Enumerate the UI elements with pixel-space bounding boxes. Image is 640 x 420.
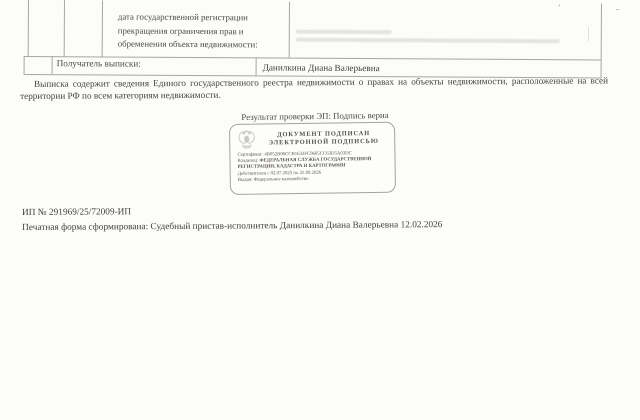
coat-of-arms-icon bbox=[237, 129, 256, 150]
table-border bbox=[24, 56, 25, 74]
table-border bbox=[64, 0, 65, 56]
signature-check-result: Результат проверки ЭП: Подпись верна bbox=[205, 109, 425, 122]
stamp-header: ДОКУМЕНТ ПОДПИСАН ЭЛЕКТРОННОЙ ПОДПИСЬЮ bbox=[237, 127, 387, 150]
illegible-faded-text bbox=[296, 38, 560, 43]
table-border bbox=[52, 56, 53, 74]
enforcement-case-number: ИП № 291969/25/72009-ИП bbox=[22, 205, 442, 218]
table-border bbox=[256, 57, 257, 75]
electronic-signature-stamp: ДОКУМЕНТ ПОДПИСАН ЭЛЕКТРОННОЙ ПОДПИСЬЮ С… bbox=[229, 122, 396, 195]
stamp-details: Сертификат: 4B052B06CCB1632FC9685CC63D5A… bbox=[237, 151, 387, 184]
stamp-owner-label: Владелец: bbox=[237, 159, 258, 164]
scan-speck: ’ bbox=[558, 3, 561, 12]
stamp-issuer: Выдан: Федеральное казначейство bbox=[238, 176, 388, 184]
scanned-document-page: дата государственной регистрации прекращ… bbox=[0, 0, 640, 420]
recipient-value: Данилкина Диана Валерьевна bbox=[263, 62, 380, 73]
table-border bbox=[601, 3, 602, 77]
table-border bbox=[102, 0, 103, 56]
extract-note: Выписка содержит сведения Единого госуда… bbox=[20, 75, 608, 102]
scan-speck bbox=[616, 9, 619, 10]
generated-by-line: Печатная форма сформирована: Судебный пр… bbox=[22, 220, 442, 233]
scan-ghost-line bbox=[588, 27, 589, 41]
table-border bbox=[289, 2, 290, 58]
termination-date-label: дата государственной регистрации прекращ… bbox=[118, 11, 268, 52]
recipient-label: Получатель выписки: bbox=[57, 58, 141, 69]
stamp-title: ДОКУМЕНТ ПОДПИСАН ЭЛЕКТРОННОЙ ПОДПИСЬЮ bbox=[260, 130, 387, 147]
document-footer: ИП № 291969/25/72009-ИП Печатная форма с… bbox=[22, 205, 442, 232]
registry-table: дата государственной регистрации прекращ… bbox=[0, 0, 640, 84]
stamp-title-line2: ЭЛЕКТРОННОЙ ПОДПИСЬЮ bbox=[260, 137, 387, 146]
table-border bbox=[28, 0, 29, 56]
illegible-faded-text bbox=[296, 30, 392, 34]
